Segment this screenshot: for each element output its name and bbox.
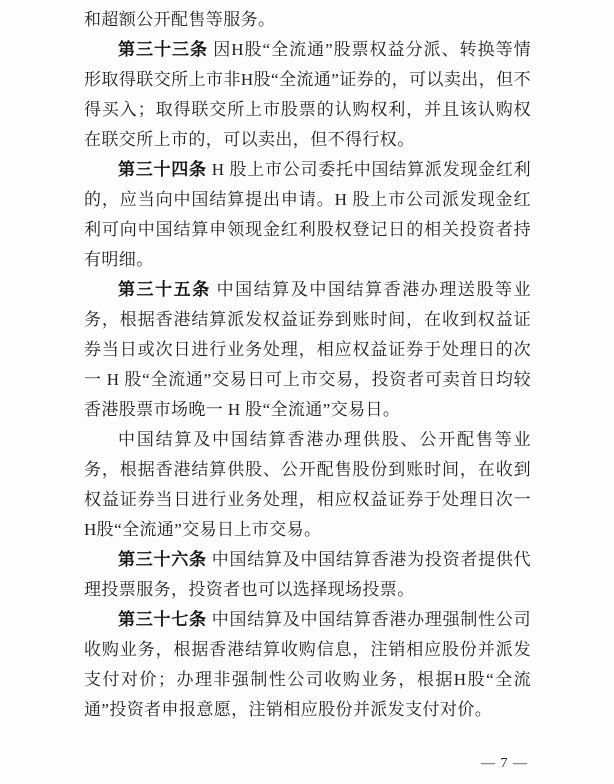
paragraph: 中国结算及中国结算香港办理供股、公开配售等业务，根据香港结算供股、公开配售股份到… bbox=[84, 425, 531, 545]
article-number: 第三十七条 bbox=[118, 610, 207, 629]
paragraph: 第三十三条 因H股“全流通”股票权益分派、转换等情形取得联交所上市非H股“全流通… bbox=[84, 35, 531, 155]
paragraph-body: 中国结算及中国结算香港办理送股等业务，根据香港结算派发权益证券到账时间，在收到权… bbox=[84, 280, 531, 419]
paragraph: 第三十七条 中国结算及中国结算香港办理强制性公司收购业务，根据香港结算收购信息，… bbox=[84, 605, 531, 725]
paragraph: 第三十五条 中国结算及中国结算香港办理送股等业务，根据香港结算派发权益证券到账时… bbox=[84, 275, 531, 425]
paragraph-body: 中国结算及中国结算香港办理供股、公开配售等业务，根据香港结算供股、公开配售股份到… bbox=[84, 430, 531, 539]
paragraph: 第三十四条 H 股上市公司委托中国结算派发现金红利的，应当向中国结算提出申请。H… bbox=[84, 155, 531, 275]
page-number: — 7 — bbox=[481, 756, 528, 772]
paragraph: 第三十六条 中国结算及中国结算香港为投资者提供代理投票服务，投资者也可以选择现场… bbox=[84, 545, 531, 605]
article-number: 第三十五条 bbox=[118, 280, 211, 299]
article-number: 第三十三条 bbox=[118, 40, 208, 59]
article-number: 第三十四条 bbox=[118, 160, 207, 179]
document-text-block: 和超额公开配售等服务。 第三十三条 因H股“全流通”股票权益分派、转换等情形取得… bbox=[84, 5, 531, 725]
document-page: 和超额公开配售等服务。 第三十三条 因H股“全流通”股票权益分派、转换等情形取得… bbox=[0, 0, 614, 784]
paragraph-body: 和超额公开配售等服务。 bbox=[84, 10, 275, 29]
paragraph: 和超额公开配售等服务。 bbox=[84, 5, 531, 35]
article-number: 第三十六条 bbox=[118, 550, 207, 569]
